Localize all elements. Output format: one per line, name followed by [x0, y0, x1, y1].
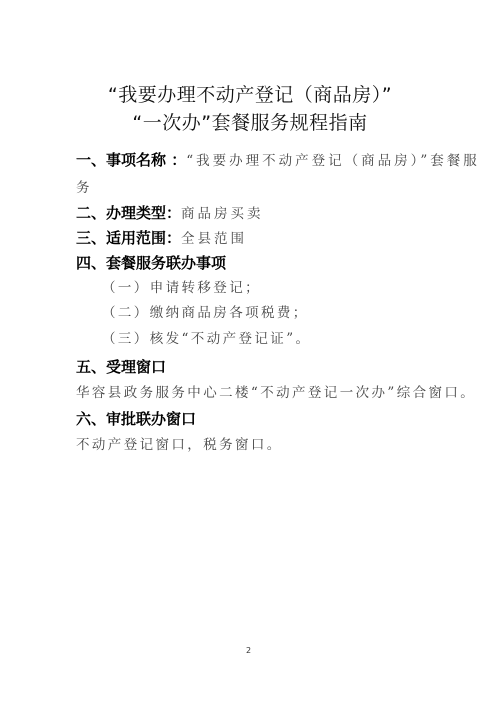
section-joint-items: 四、套餐服务联办事项 [76, 253, 226, 274]
section-heading: 二、办理类型： [76, 204, 181, 222]
section-value: 商品房买卖 [181, 206, 264, 222]
section-heading: 四、套餐服务联办事项 [76, 254, 226, 272]
joint-item: （二）缴纳商品房各项税费； [102, 303, 309, 323]
section-item-name: 一、事项名称 ：“我要办理不动产登记（商品房）”套餐服 [76, 150, 480, 171]
section-value: 不动产登记窗口，税务窗口。 [76, 437, 283, 453]
joint-item-text: （二）缴纳商品房各项税费； [102, 305, 309, 321]
section-scope: 三、适用范围：全县范围 [76, 228, 247, 249]
section-value: 全县范围 [181, 231, 247, 247]
joint-item-text: （一）申请转移登记； [102, 280, 261, 296]
document-title-line1: “我要办理不动产登记（商品房）” [0, 80, 500, 107]
section-heading: 六、审批联办窗口 [76, 410, 196, 428]
section-heading: 一、事项名称 [76, 151, 166, 169]
section-accept-window-value: 华容县政务服务中心二楼“不动产登记一次办”综合窗口。 [76, 383, 476, 403]
joint-item-text: （三）核发“不动产登记证”。 [102, 331, 311, 347]
section-separator: ： [166, 151, 186, 169]
section-handling-type: 二、办理类型：商品房买卖 [76, 203, 264, 224]
page-number: 2 [246, 646, 251, 655]
section-heading: 三、适用范围： [76, 229, 181, 247]
section-approval-window-value: 不动产登记窗口，税务窗口。 [76, 435, 283, 455]
section-approval-window: 六、审批联办窗口 [76, 409, 196, 430]
joint-item: （一）申请转移登记； [102, 278, 261, 298]
section-value: “我要办理不动产登记（商品房）”套餐服 [186, 153, 480, 169]
document-title-line2: “一次办”套餐服务规程指南 [0, 108, 500, 135]
section-item-name-continued: 务 [76, 178, 93, 198]
document-page: “我要办理不动产登记（商品房）” “一次办”套餐服务规程指南 一、事项名称 ：“… [0, 0, 500, 707]
section-value-continued: 务 [76, 180, 93, 196]
joint-item: （三）核发“不动产登记证”。 [102, 329, 311, 349]
section-heading: 五、受理窗口 [76, 358, 166, 376]
section-accept-window: 五、受理窗口 [76, 357, 166, 378]
section-value: 华容县政务服务中心二楼“不动产登记一次办”综合窗口。 [76, 385, 476, 401]
